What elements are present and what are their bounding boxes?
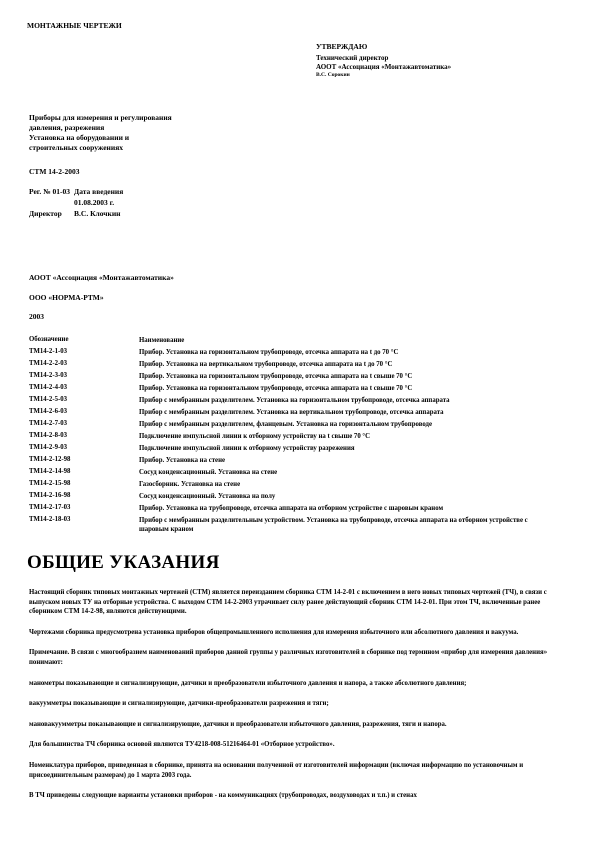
director-label: Директор — [29, 208, 74, 219]
organization-1: АООТ «Ассоциация «Монтажавтоматика» — [29, 273, 174, 282]
list-row: ТМ14-2-4-03Прибор. Установка на горизонт… — [29, 382, 559, 394]
approval-block: УТВЕРЖДАЮ Технический директор АООТ «Асс… — [316, 42, 451, 79]
row-name: Подключение импульсной линии к отборному… — [139, 430, 559, 442]
subject-line: Установка на оборудовании и — [29, 133, 229, 143]
section-title: МОНТАЖНЫЕ ЧЕРТЕЖИ — [27, 21, 122, 30]
row-code: ТМ14-2-6-03 — [29, 406, 139, 418]
date-label: Дата введения — [74, 186, 127, 197]
paragraph: манометры показывающие и сигнализирующие… — [29, 679, 564, 689]
row-name: Сосуд конденсационный. Установка на стен… — [139, 466, 559, 478]
list-row: ТМ14-2-7-03Прибор с мембранным разделите… — [29, 418, 559, 430]
list-row: ТМ14-2-17-03Прибор. Установка на трубопр… — [29, 502, 559, 514]
row-code: ТМ14-2-16-98 — [29, 490, 139, 502]
paragraph: Для большинства ТЧ сборника основой явля… — [29, 740, 564, 750]
row-name: Прибор. Установка на трубопроводе, отсеч… — [139, 502, 559, 514]
row-code: ТМ14-2-18-03 — [29, 514, 139, 534]
row-code: ТМ14-2-14-98 — [29, 466, 139, 478]
row-name: Подключение импульсной линии к отборному… — [139, 442, 559, 454]
paragraph: мановакуумметры показывающие и сигнализи… — [29, 720, 564, 730]
subject-line: строительных сооружениях — [29, 143, 229, 153]
row-code: ТМ14-2-5-03 — [29, 394, 139, 406]
row-code: ТМ14-2-3-03 — [29, 370, 139, 382]
approval-title: УТВЕРЖДАЮ — [316, 42, 451, 51]
organization-2: ООО «НОРМА-РТМ» — [29, 293, 104, 302]
row-name: Прибор. Установка на горизонтальном труб… — [139, 370, 559, 382]
row-code: ТМ14-2-2-03 — [29, 358, 139, 370]
row-name: Прибор с мембранным разделителем. Устано… — [139, 406, 559, 418]
list-row: ТМ14-2-15-98Газосборник. Установка на ст… — [29, 478, 559, 490]
list-row: ТМ14-2-2-03Прибор. Установка на вертикал… — [29, 358, 559, 370]
list-row: ТМ14-2-8-03Подключение импульсной линии … — [29, 430, 559, 442]
list-row: ТМ14-2-12-98Прибор. Установка на стене — [29, 454, 559, 466]
list-row: ТМ14-2-9-03Подключение импульсной линии … — [29, 442, 559, 454]
approval-position: Технический директор — [316, 54, 451, 63]
approval-signatory: В.С. Сорокин — [316, 72, 451, 79]
general-section-body: Настоящий сборник типовых монтажных черт… — [29, 588, 564, 812]
row-name: Прибор с мембранным разделительным устро… — [139, 514, 559, 534]
list-header: Обозначение Наименование — [29, 334, 559, 346]
subject-line: давления, разрежения — [29, 123, 229, 133]
list-row: ТМ14-2-5-03Прибор с мембранным разделите… — [29, 394, 559, 406]
list-row: ТМ14-2-18-03Прибор с мембранным разделит… — [29, 514, 559, 534]
row-name: Прибор. Установка на стене — [139, 454, 559, 466]
list-row: ТМ14-2-14-98Сосуд конденсационный. Устан… — [29, 466, 559, 478]
paragraph: Настоящий сборник типовых монтажных черт… — [29, 588, 564, 617]
drawings-list: Обозначение Наименование ТМ14-2-1-03Приб… — [29, 334, 559, 534]
row-code: ТМ14-2-15-98 — [29, 478, 139, 490]
header-code: Обозначение — [29, 334, 139, 346]
reg-number: Рег. № 01-03 — [29, 186, 74, 197]
row-code: ТМ14-2-9-03 — [29, 442, 139, 454]
list-row: ТМ14-2-6-03Прибор с мембранным разделите… — [29, 406, 559, 418]
document-code: СТМ 14-2-2003 — [29, 167, 80, 176]
header-name: Наименование — [139, 334, 559, 346]
document-year: 2003 — [29, 312, 44, 321]
row-name: Сосуд конденсационный. Установка на полу — [139, 490, 559, 502]
list-row: ТМ14-2-1-03Прибор. Установка на горизонт… — [29, 346, 559, 358]
paragraph: Чертежами сборника предусмотрена установ… — [29, 628, 564, 638]
row-code: ТМ14-2-8-03 — [29, 430, 139, 442]
row-code: ТМ14-2-1-03 — [29, 346, 139, 358]
document-subject: Приборы для измерения и регулирования да… — [29, 113, 229, 153]
list-row: ТМ14-2-3-03Прибор. Установка на горизонт… — [29, 370, 559, 382]
approval-organization: АООТ «Ассоциация «Монтажавтоматика» — [316, 63, 451, 72]
row-code: ТМ14-2-7-03 — [29, 418, 139, 430]
general-section-title: ОБЩИЕ УКАЗАНИЯ — [27, 552, 220, 574]
row-name: Прибор. Установка на горизонтальном труб… — [139, 382, 559, 394]
registration-block: Рег. № 01-03 Дата введения 01.08.2003 г.… — [29, 186, 127, 219]
date-value: 01.08.2003 г. — [74, 197, 127, 208]
paragraph: В ТЧ приведены следующие варианты устано… — [29, 791, 564, 801]
subject-line: Приборы для измерения и регулирования — [29, 113, 229, 123]
director-name: В.С. Клочкин — [74, 208, 127, 219]
paragraph: вакуумметры показывающие и сигнализирующ… — [29, 699, 564, 709]
row-name: Прибор с мембранным разделителем. Устано… — [139, 394, 559, 406]
row-code: ТМ14-2-4-03 — [29, 382, 139, 394]
row-code: ТМ14-2-12-98 — [29, 454, 139, 466]
paragraph: Номенклатура приборов, приведенная в сбо… — [29, 761, 564, 780]
paragraph: Примечание. В связи с многообразием наим… — [29, 648, 564, 667]
row-name: Газосборник. Установка на стене — [139, 478, 559, 490]
list-row: ТМ14-2-16-98Сосуд конденсационный. Устан… — [29, 490, 559, 502]
row-name: Прибор. Установка на вертикальном трубоп… — [139, 358, 559, 370]
row-name: Прибор с мембранным разделителем, фланце… — [139, 418, 559, 430]
row-code: ТМ14-2-17-03 — [29, 502, 139, 514]
row-name: Прибор. Установка на горизонтальном труб… — [139, 346, 559, 358]
